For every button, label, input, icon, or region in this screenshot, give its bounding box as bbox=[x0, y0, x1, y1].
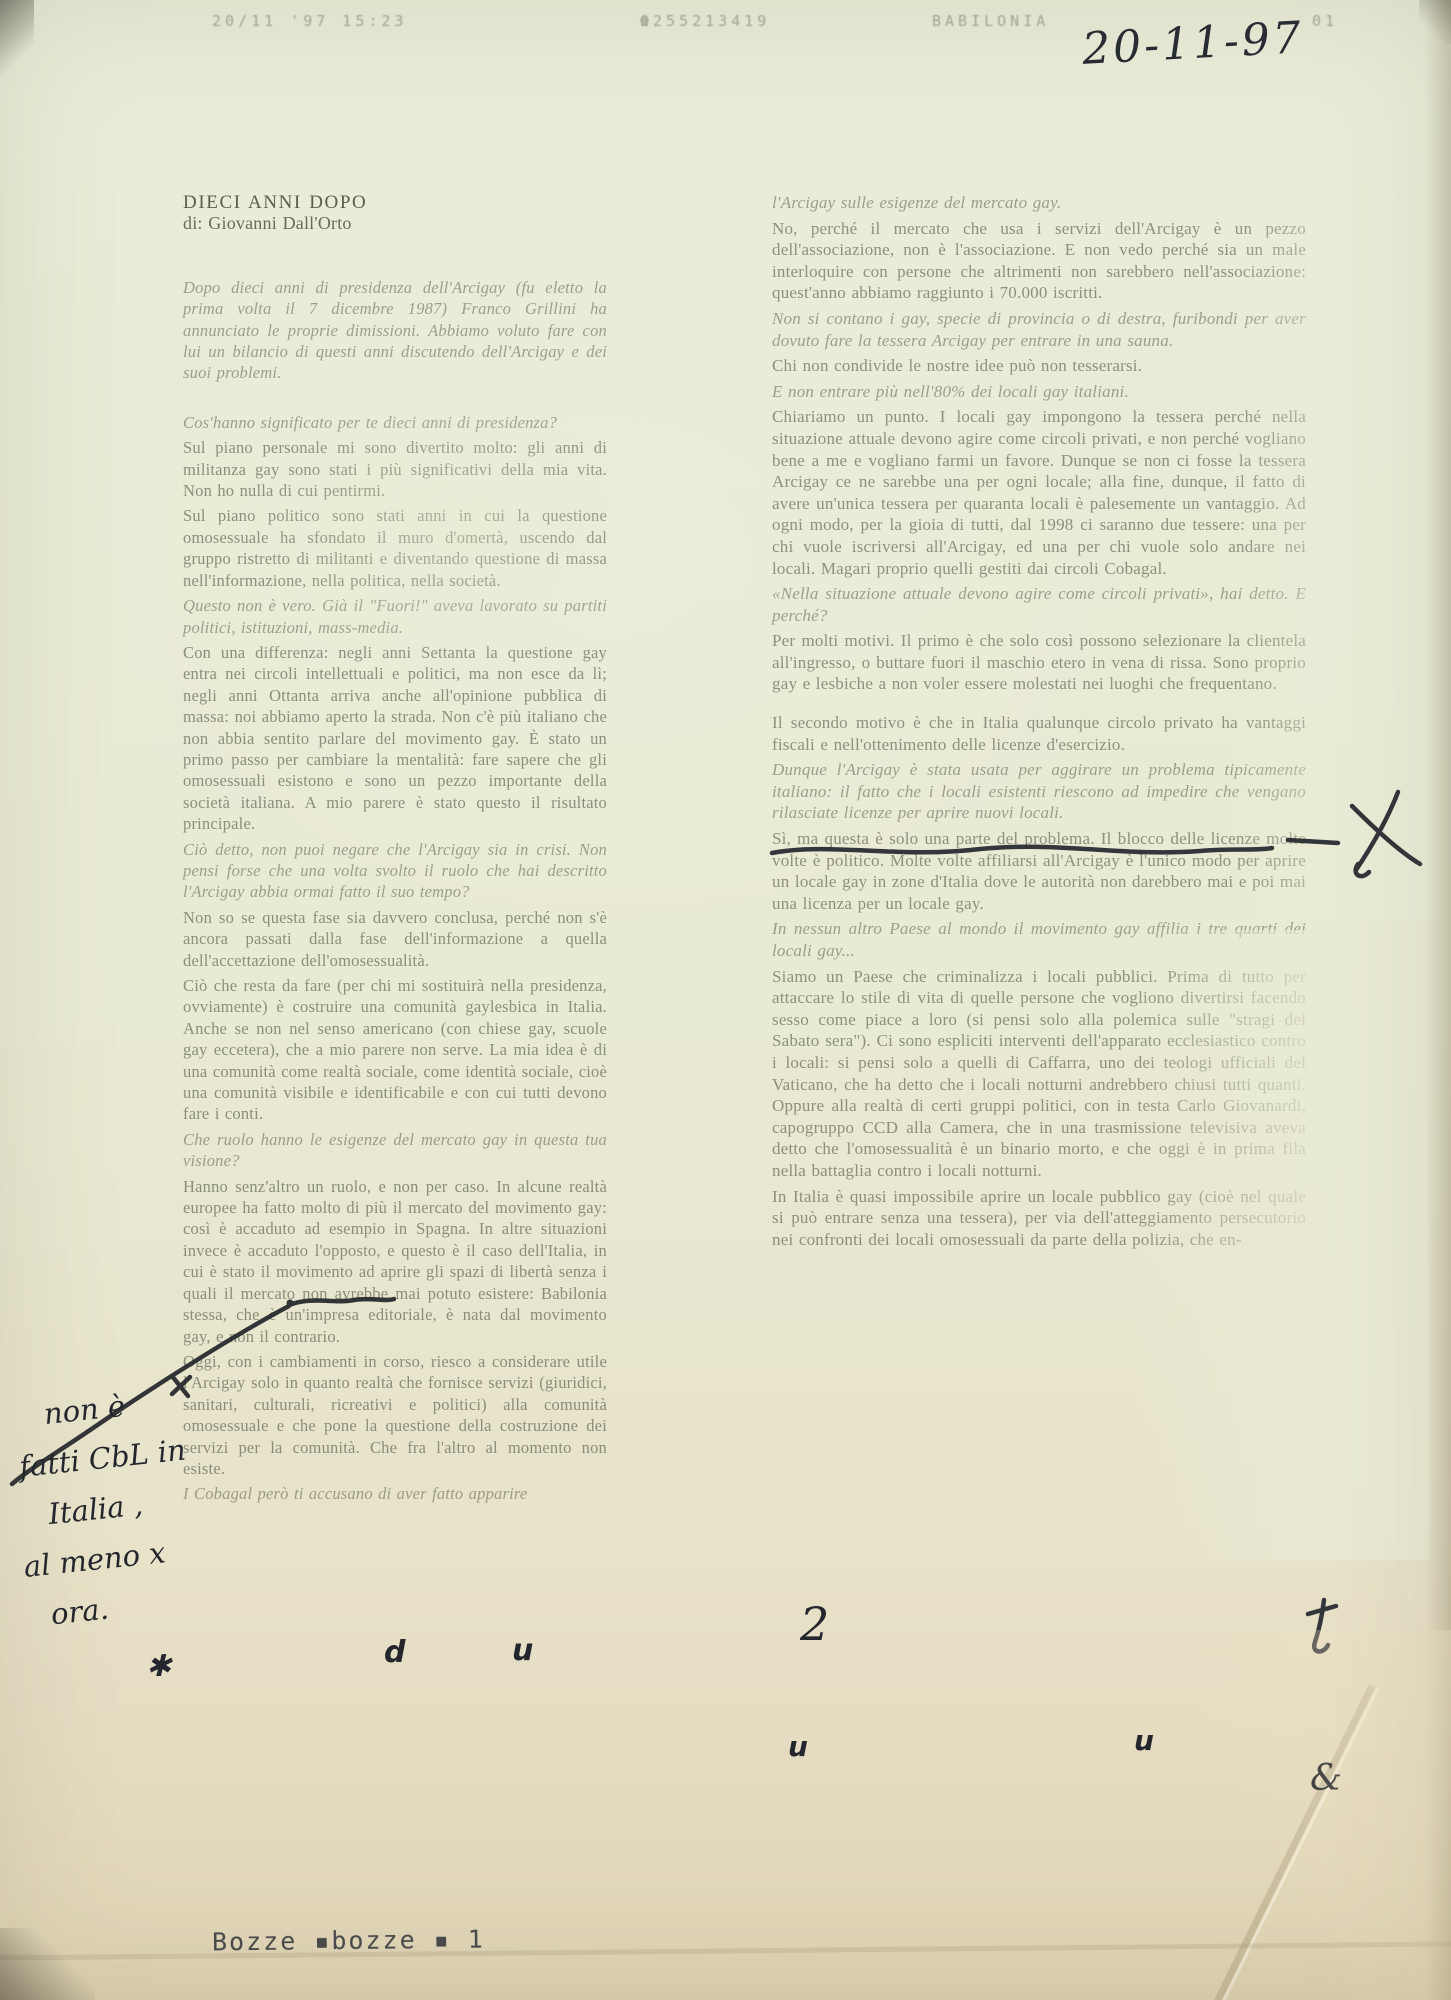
article-paragraph: Hanno senz'altro un ruolo, e non per cas… bbox=[183, 1176, 607, 1347]
article-paragraph: In Italia è quasi impossibile aprire un … bbox=[772, 1186, 1306, 1251]
article-paragraph: Con una differenza: negli anni Settanta … bbox=[183, 642, 607, 835]
proof-mark-ampersand: & bbox=[1310, 1758, 1342, 1799]
article-paragraph: Ciò che resta da fare (per chi mi sostit… bbox=[183, 975, 607, 1125]
article-left-column: DIECI ANNI DOPO di: Giovanni Dall'Orto D… bbox=[183, 192, 607, 1509]
article-paragraph: Sul piano personale mi sono divertito mo… bbox=[183, 437, 607, 501]
article-paragraph: Non so se questa fase sia davvero conclu… bbox=[183, 907, 607, 971]
proof-mark-letter-u: u bbox=[788, 1730, 808, 1763]
handwritten-margin-note: non èfatti CbL inItalia ,al meno xora. bbox=[4, 1368, 269, 1642]
scan-shadow-corner bbox=[0, 1928, 95, 2000]
article-right-column: l'Arcigay sulle esigenze del mercato gay… bbox=[772, 192, 1306, 1254]
page-edge-shadow bbox=[1425, 0, 1451, 2000]
proof-mark-figure-2: 2 bbox=[799, 1597, 829, 1651]
article-paragraph: Per molti motivi. Il primo è che solo co… bbox=[772, 630, 1306, 695]
article-paragraph: E non entrare più nell'80% dei locali ga… bbox=[772, 381, 1306, 403]
footer-stamp: Bozze ▪bozze ▪ 1 bbox=[212, 1925, 485, 1957]
article-paragraph: Il secondo motivo è che in Italia qualun… bbox=[772, 712, 1306, 755]
article-paragraph: Chi non condivide le nostre idee può non… bbox=[772, 355, 1306, 377]
article-paragraph: Sul piano politico sono stati anni in cu… bbox=[183, 505, 607, 591]
asterisk-mark: ✱ bbox=[146, 1649, 173, 1684]
article-paragraph: Questo non è vero. Già il "Fuori!" aveva… bbox=[183, 595, 607, 638]
fax-datetime: 20/11 '97 15:23 bbox=[212, 12, 407, 30]
scanned-fax-page: 20/11 '97 15:23 ☎ 0255213419 BABILONIA 0… bbox=[0, 0, 1451, 2000]
article-left-paragraphs: Dopo dieci anni di presidenza dell'Arcig… bbox=[183, 277, 607, 1505]
article-paragraph: Che ruolo hanno le esigenze del mercato … bbox=[183, 1129, 607, 1172]
article-paragraph: Cos'hanno significato per te dieci anni … bbox=[183, 412, 607, 433]
article-paragraph: Dopo dieci anni di presidenza dell'Arcig… bbox=[183, 277, 607, 384]
article-paragraph: Chiariamo un punto. I locali gay impongo… bbox=[772, 406, 1306, 579]
proof-mark-letter-u: u bbox=[1134, 1724, 1154, 1757]
proof-mark-letter-u: u bbox=[512, 1633, 533, 1668]
article-paragraph: In nessun altro Paese al mondo il movime… bbox=[772, 918, 1306, 961]
article-paragraph: Dunque l'Arcigay è stata usata per aggir… bbox=[772, 759, 1306, 824]
article-paragraph: «Nella situazione attuale devono agire c… bbox=[772, 583, 1306, 626]
fax-sender: BABILONIA bbox=[932, 12, 1049, 30]
article-title: DIECI ANNI DOPO bbox=[183, 192, 607, 213]
article-paragraph: l'Arcigay sulle esigenze del mercato gay… bbox=[772, 192, 1306, 214]
article-paragraph: Siamo un Paese che criminalizza i locali… bbox=[772, 966, 1306, 1182]
article-paragraph: No, perché il mercato che usa i servizi … bbox=[772, 218, 1306, 304]
folded-corner-tint bbox=[1150, 1630, 1451, 2000]
article-paragraph: Non si contano i gay, specie di provinci… bbox=[772, 308, 1306, 351]
article-paragraph: Sì, ma questa è solo una parte del probl… bbox=[772, 828, 1306, 914]
proof-mark-letter-d: d bbox=[384, 1635, 406, 1670]
article-byline: di: Giovanni Dall'Orto bbox=[183, 213, 607, 234]
article-paragraph: Ciò detto, non puoi negare che l'Arcigay… bbox=[183, 839, 607, 903]
x-mark bbox=[1352, 792, 1420, 876]
proof-mark-glyph bbox=[1308, 1600, 1336, 1651]
fax-phone-number: 0255213419 bbox=[640, 12, 770, 30]
